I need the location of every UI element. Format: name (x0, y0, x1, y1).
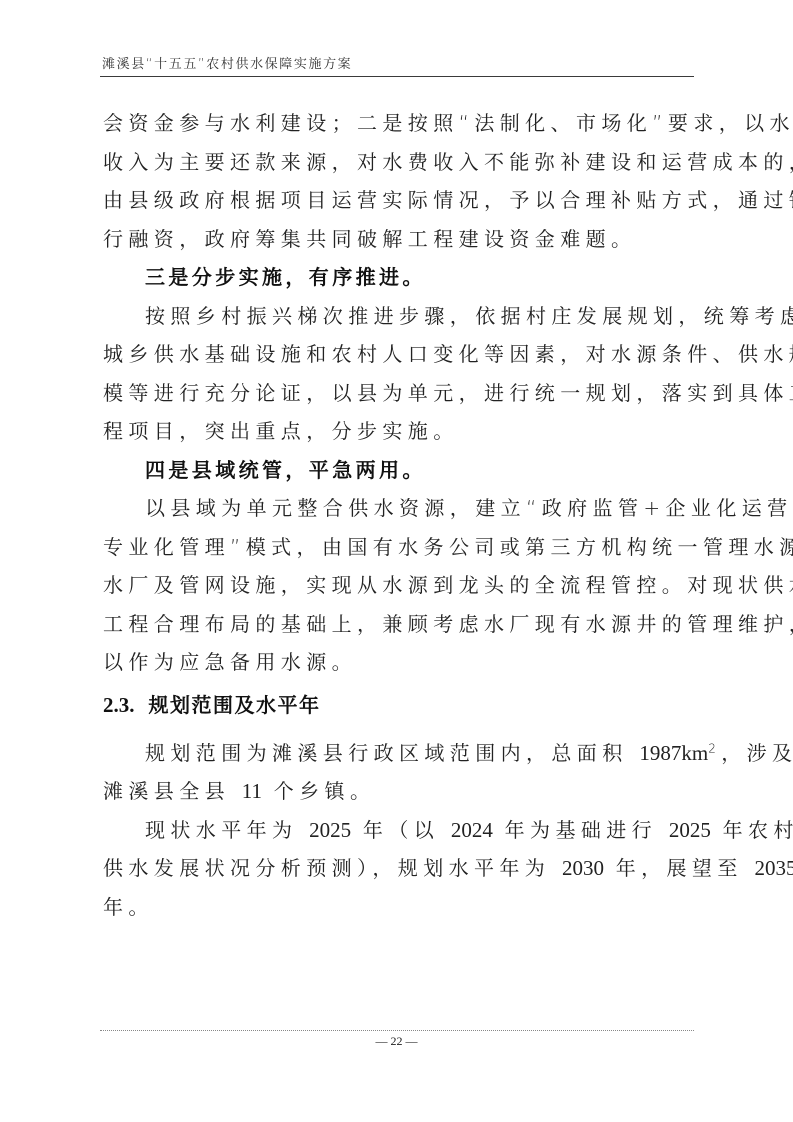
section-number: 2.3. (103, 693, 135, 717)
text-span: ，涉及 (721, 741, 793, 765)
text-line: 行融资，政府筹集共同破解工程建设资金难题。 (103, 220, 695, 259)
page-content: 会资金参与水利建设；二是按照“法制化、市场化”要求，以水费 收入为主要还款来源，… (103, 104, 695, 926)
document-title: 滩溪县“十五五”农村供水保障实施方案 (102, 53, 352, 72)
page-header: 滩溪县“十五五”农村供水保障实施方案 (100, 50, 694, 77)
forecast-year: 2025 (669, 818, 711, 842)
paragraph-planning-years: 现状水平年为 2025 年（以 2024 年为基础进行 2025 年农村 供水发… (103, 811, 695, 927)
text-line: 由县级政府根据项目运营实际情况，予以合理补贴方式，通过银 (103, 181, 695, 220)
section-heading: 2.3.规划范围及水平年 (103, 682, 695, 734)
text-span: 年农村 (711, 818, 793, 842)
text-line: 以县域为单元整合供水资源，建立“政府监管+企业化运营+ (103, 489, 695, 528)
area-superscript: 2 (708, 741, 721, 755)
township-count: 11 (242, 779, 262, 803)
text-line: 水厂及管网设施，实现从水源到龙头的全流程管控。对现状供水 (103, 566, 695, 605)
text-span: 现状水平年为 (145, 818, 309, 842)
area-value: 1987km (639, 741, 708, 765)
text-line: 程项目，突出重点，分步实施。 (103, 412, 695, 451)
text-line: 年。 (103, 888, 695, 927)
current-year: 2025 (309, 818, 351, 842)
text-line: 工程合理布局的基础上，兼顾考虑水厂现有水源井的管理维护， (103, 605, 695, 644)
section-title: 规划范围及水平年 (149, 693, 321, 717)
text-span: 滩溪县全县 (103, 779, 242, 803)
subheading-phased-implementation: 三是分步实施，有序推进。 (103, 258, 695, 297)
text-span: 年为基础进行 (493, 818, 669, 842)
text-line: 按照乡村振兴梯次推进步骤，依据村庄发展规划，统筹考虑 (103, 297, 695, 336)
footer-divider (100, 1030, 694, 1031)
text-line: 模等进行充分论证，以县为单元，进行统一规划，落实到具体工 (103, 374, 695, 413)
text-span: 供水发展状况分析预测），规划水平年为 (103, 856, 562, 880)
paragraph-phased-implementation: 按照乡村振兴梯次推进步骤，依据村庄发展规划，统筹考虑 城乡供水基础设施和农村人口… (103, 297, 695, 451)
paragraph-county-management: 以县域为单元整合供水资源，建立“政府监管+企业化运营+ 专业化管理”模式，由国有… (103, 489, 695, 682)
paragraph-funding: 会资金参与水利建设；二是按照“法制化、市场化”要求，以水费 收入为主要还款来源，… (103, 104, 695, 258)
text-line: 供水发展状况分析预测），规划水平年为 2030 年，展望至 2035 (103, 849, 695, 888)
text-line: 现状水平年为 2025 年（以 2024 年为基础进行 2025 年农村 (103, 811, 695, 850)
planning-year: 2030 (562, 856, 604, 880)
text-span: 年，展望至 (604, 856, 755, 880)
outlook-year: 2035 (754, 856, 793, 880)
text-span: 个乡镇。 (262, 779, 375, 803)
text-line: 收入为主要还款来源，对水费收入不能弥补建设和运营成本的， (103, 143, 695, 182)
subheading-county-management: 四是县域统管，平急两用。 (103, 451, 695, 490)
text-line: 专业化管理”模式，由国有水务公司或第三方机构统一管理水源、 (103, 528, 695, 567)
paragraph-planning-scope: 规划范围为滩溪县行政区域范围内，总面积 1987km2，涉及 滩溪县全县 11 … (103, 734, 695, 811)
page-number: — 22 — (0, 1034, 793, 1049)
text-line: 城乡供水基础设施和农村人口变化等因素，对水源条件、供水规 (103, 335, 695, 374)
text-line: 规划范围为滩溪县行政区域范围内，总面积 1987km2，涉及 (103, 734, 695, 773)
base-year: 2024 (451, 818, 493, 842)
text-line: 滩溪县全县 11 个乡镇。 (103, 772, 695, 811)
text-line: 以作为应急备用水源。 (103, 643, 695, 682)
text-span: 年（以 (351, 818, 451, 842)
text-line: 会资金参与水利建设；二是按照“法制化、市场化”要求，以水费 (103, 104, 695, 143)
text-span: 规划范围为滩溪县行政区域范围内，总面积 (145, 741, 639, 765)
